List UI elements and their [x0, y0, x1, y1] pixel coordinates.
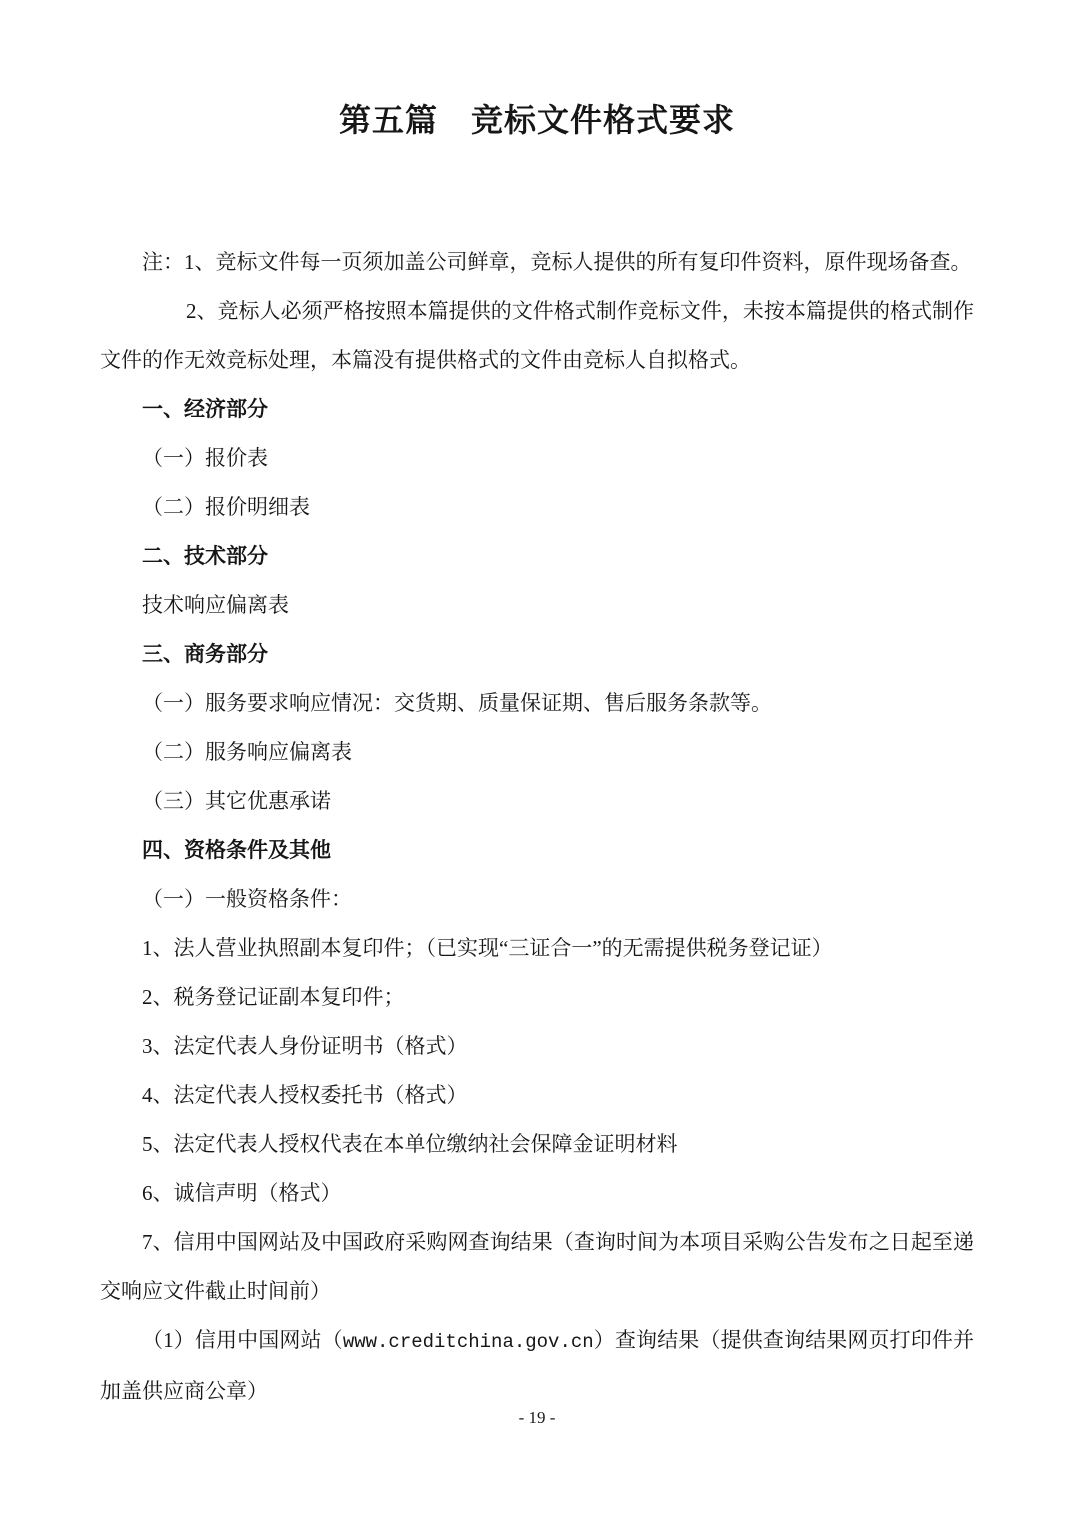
- page-number: - 19 -: [0, 1406, 1074, 1430]
- item-legal-rep-identity: 3、法定代表人身份证明书（格式）: [100, 1022, 974, 1071]
- item-credit-check-result: 7、信用中国网站及中国政府采购网查询结果（查询时间为本项目采购公告发布之日起至递…: [100, 1218, 974, 1316]
- heading-commercial-section: 三、商务部分: [100, 630, 974, 679]
- item-social-security-proof: 5、法定代表人授权代表在本单位缴纳社会保障金证明材料: [100, 1120, 974, 1169]
- item-creditchina-query: （1）信用中国网站（www.creditchina.gov.cn）查询结果（提供…: [100, 1316, 974, 1416]
- document-page: 第五篇 竞标文件格式要求 注：1、竞标文件每一页须加盖公司鲜章，竞标人提供的所有…: [0, 0, 1074, 1416]
- creditchina-url: www.creditchina.gov.cn: [343, 1331, 594, 1353]
- note-paragraph-2: 2、竞标人必须严格按照本篇提供的文件格式制作竞标文件，未按本篇提供的格式制作文件…: [100, 287, 974, 385]
- item-quotation-detail-form: （二）报价明细表: [100, 483, 974, 532]
- document-title: 第五篇 竞标文件格式要求: [100, 0, 974, 140]
- document-canvas: { "doc": { "title": "第五篇 竞标文件格式要求", "pag…: [0, 0, 1074, 1520]
- item-quotation-form: （一）报价表: [100, 434, 974, 483]
- item-integrity-declaration: 6、诚信声明（格式）: [100, 1169, 974, 1218]
- item-legal-rep-authorization: 4、法定代表人授权委托书（格式）: [100, 1071, 974, 1120]
- heading-economic-section: 一、经济部分: [100, 385, 974, 434]
- item-general-qualification: （一）一般资格条件：: [100, 875, 974, 924]
- item-service-response: （一）服务要求响应情况：交货期、质量保证期、售后服务条款等。: [100, 679, 974, 728]
- creditchina-query-prefix: （1）信用中国网站（: [142, 1328, 343, 1352]
- item-technical-deviation-table: 技术响应偏离表: [100, 581, 974, 630]
- note-paragraph-1: 注：1、竞标文件每一页须加盖公司鲜章，竞标人提供的所有复印件资料，原件现场备查。: [100, 238, 974, 287]
- heading-qualification-section: 四、资格条件及其他: [100, 826, 974, 875]
- item-other-preferential-commitments: （三）其它优惠承诺: [100, 777, 974, 826]
- item-service-deviation-table: （二）服务响应偏离表: [100, 728, 974, 777]
- item-business-license: 1、法人营业执照副本复印件；（已实现“三证合一”的无需提供税务登记证）: [100, 924, 974, 973]
- heading-technical-section: 二、技术部分: [100, 532, 974, 581]
- item-tax-registration: 2、税务登记证副本复印件；: [100, 973, 974, 1022]
